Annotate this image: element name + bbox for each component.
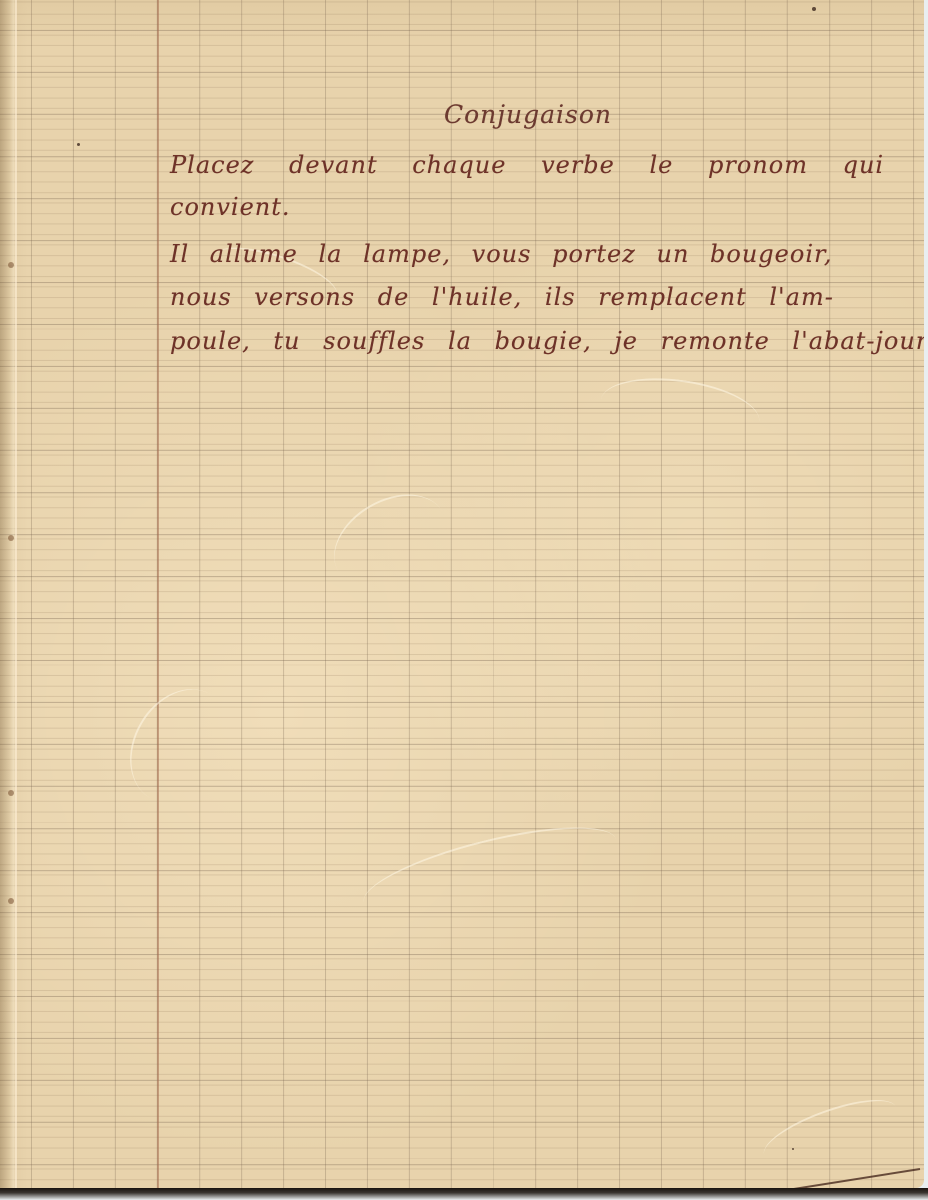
exercise-line-2: nous versons de l'huile, ils remplacent … [170,283,834,311]
exercise-line-3: poule, tu souffles la bougie, je remonte… [170,327,924,355]
margin-line [157,0,159,1188]
paper-speck [812,7,816,11]
instruction-line-2: convient. [170,193,291,221]
exercise-line-1: Il allume la lampe, vous portez un bouge… [170,240,832,268]
binding-stitch [8,535,14,541]
binding-edge [0,0,16,1188]
page-bottom-shadow [0,1188,928,1200]
paper-speck [792,1148,794,1150]
binding-fold-line [15,0,17,1188]
notebook-page: Conjugaison Placez devant chaque verbe l… [0,0,924,1188]
binding-stitch [8,790,14,796]
binding-stitch [8,262,14,268]
paper-speck [77,143,80,146]
page-title: Conjugaison [444,100,612,129]
instruction-line-1: Placez devant chaque verbe le pronom qui [170,151,884,179]
binding-stitch [8,898,14,904]
